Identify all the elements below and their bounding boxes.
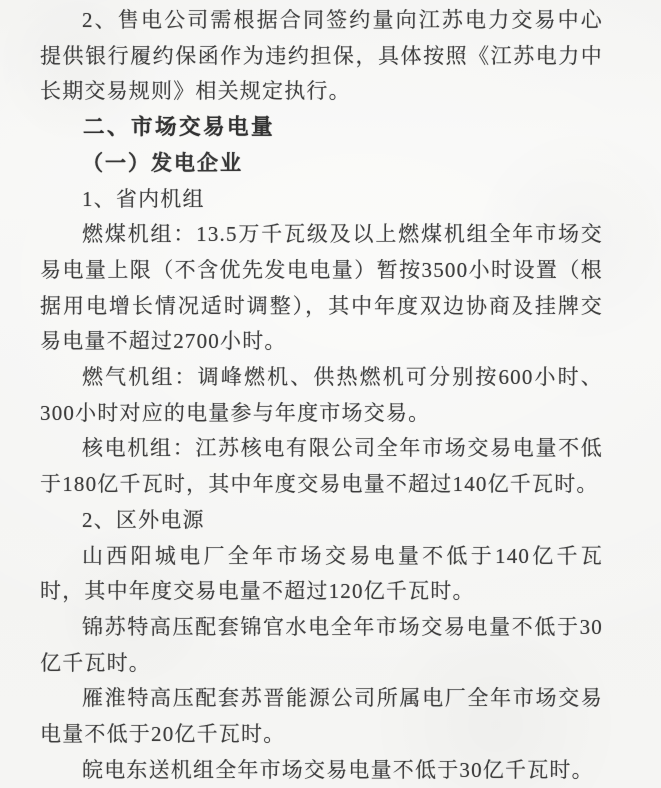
paragraph-yanhuai-uhv-sujin: 雁淮特高压配套苏晋能源公司所属电厂全年市场交易电量不低于20亿千瓦时。 — [40, 681, 603, 752]
paragraph-jinsu-uhv-hydro: 锦苏特高压配套锦官水电全年市场交易电量不低于30亿千瓦时。 — [40, 610, 603, 681]
paragraph-gas-fired-units: 燃气机组：调峰燃机、供热燃机可分别按600小时、300小时对应的电量参与年度市场… — [40, 360, 603, 431]
item-heading-out-of-region-sources: 2、区外电源 — [40, 503, 603, 539]
paragraph-coal-fired-units: 燃煤机组：13.5万千瓦级及以上燃煤机组全年市场交易电量上限（不含优先发电电量）… — [40, 217, 603, 360]
paragraph-shanxi-yangcheng-plant: 山西阳城电厂全年市场交易电量不低于140亿千瓦时，其中年度交易电量不超过120亿… — [40, 539, 603, 610]
item-heading-in-province-units: 1、省内机组 — [40, 182, 603, 218]
paragraph-nuclear-units: 核电机组：江苏核电有限公司全年市场交易电量不低于180亿千瓦时，其中年度交易电量… — [40, 431, 603, 502]
paragraph-wandian-dongsong: 皖电东送机组全年市场交易电量不低于30亿千瓦时。 — [40, 753, 603, 788]
section-heading-market-trade-volume: 二、市场交易电量 — [40, 110, 603, 146]
subsection-heading-generation-enterprises: （一）发电企业 — [40, 146, 603, 182]
paragraph-bank-guarantee-clause: 2、售电公司需根据合同签约量向江苏电力交易中心提供银行履约保函作为违约担保，具体… — [40, 3, 603, 110]
document-body: 2、售电公司需根据合同签约量向江苏电力交易中心提供银行履约保函作为违约担保，具体… — [40, 3, 603, 788]
scanned-document-page: 2、售电公司需根据合同签约量向江苏电力交易中心提供银行履约保函作为违约担保，具体… — [0, 0, 661, 788]
